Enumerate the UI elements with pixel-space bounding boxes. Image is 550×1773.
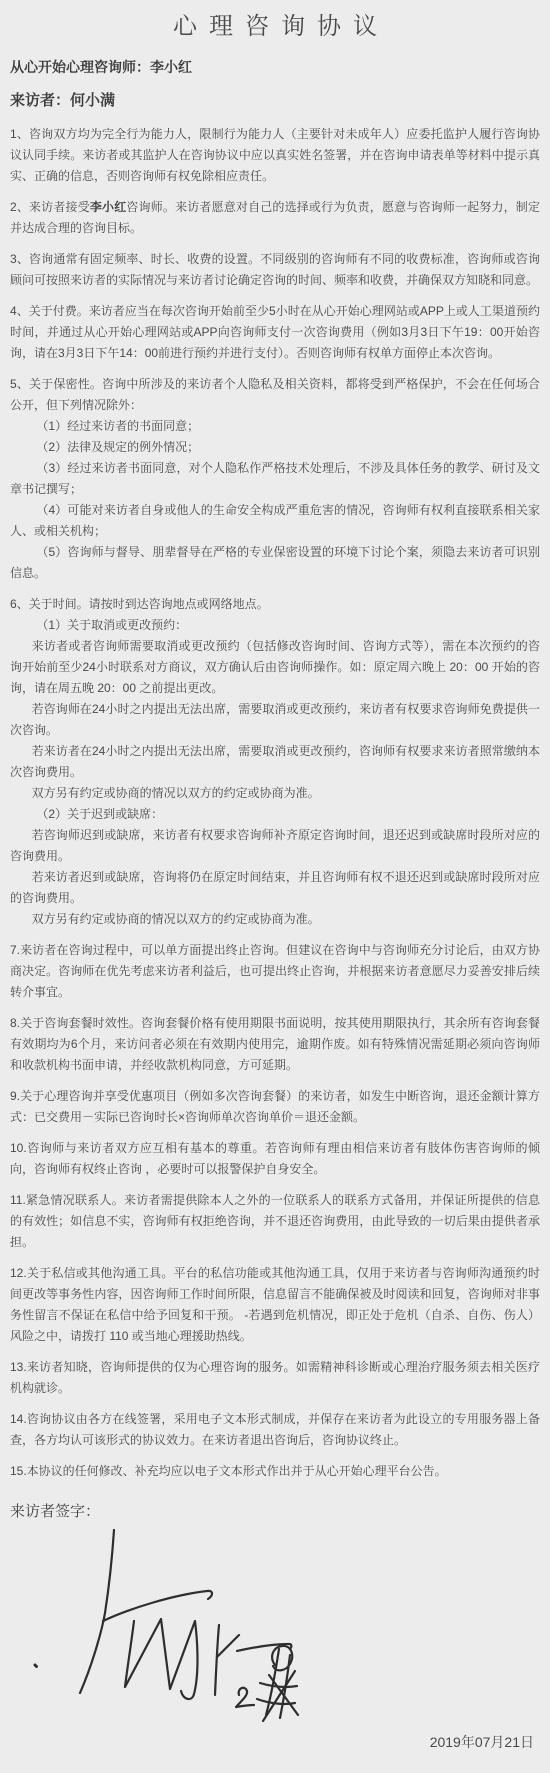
signature-stroke (80, 1530, 114, 1693)
clause-15: 15.本协议的任何修改、补充均应以电子文本形式作出并于从心开始心理平台公告。 (10, 1461, 540, 1482)
clause-12: 12.关于私信或其他沟通工具。平台的私信功能或其他沟通工具，仅用于来访者与咨询师… (10, 1263, 540, 1347)
clause-9: 9.关于心理咨询并享受优惠项目（例如多次咨询套餐）的来访者，如发生中断咨询，退还… (10, 1086, 540, 1128)
clause-6-sub-3: 若咨询师在24小时之内提出无法出席，需要取消或更改预约，来访者有权要求咨询师免费… (10, 699, 540, 741)
clause-5-sub-1: （1）经过来访者的书面同意； (10, 416, 540, 437)
clause-6-sub-8: 若来访者迟到或缺席，咨询将仍在原定时间结束，并且咨询师有权不退还迟到或缺席时段所… (10, 867, 540, 909)
clause-6-sub-9: 双方另有约定或协商的情况以双方的约定或协商为准。 (10, 909, 540, 930)
clause-7: 7.来访者在咨询过程中，可以单方面提出终止咨询。但建议在咨询中与咨询师充分讨论后… (10, 940, 540, 1003)
clause-6-sub-4: 若来访者在24小时之内提出无法出席，需要取消或更改预约，咨询师有权要求来访者照常… (10, 741, 540, 783)
counselor-name-line: 从心开始心理咨询师：李小红 (10, 57, 540, 77)
clause-4: 4、关于付费。来访者应当在每次咨询开始前至少5小时在从心开始心理网站或APP上或… (10, 301, 540, 364)
signature-stroke (215, 1625, 239, 1695)
clause-5-sub-5: （5）咨询师与督导、朋辈督导在严格的专业保密设置的环境下讨论个案，须隐去来访者可… (10, 542, 540, 584)
clause-5-sub-4: （4）可能对来访者自身或他人的生命安全构成严重危害的情况，咨询师有权利直接联系相… (10, 500, 540, 542)
clause-2-counselor-name: 李小红 (90, 200, 127, 214)
clause-6: 6、关于时间。请按时到达咨询地点或网络地点。 （1）关于取消或更改预约： 来访者… (10, 594, 540, 930)
clause-5-intro: 5、关于保密性。咨询中所涉及的来访者个人隐私及相关资料，都将受到严格保护，不会在… (10, 374, 540, 416)
clause-6-intro: 6、关于时间。请按时到达咨询地点或网络地点。 (10, 594, 540, 615)
signature-date: 2019年07月21日 (10, 1732, 540, 1752)
signature-stroke (35, 1665, 37, 1667)
clause-10: 10.咨询师与来访者双方应互相有基本的尊重。若咨询师有理由相信来访者有肢体伤害咨… (10, 1138, 540, 1180)
clause-14: 14.咨询协议由各方在线签署，采用电子文本形式制成，并保存在来访者为此设立的专用… (10, 1409, 540, 1451)
clause-6-sub-5: 双方另有约定或协商的情况以双方的约定或协商为准。 (10, 783, 540, 804)
signature-label: 来访者签字： (10, 1500, 540, 1521)
signature-stroke (125, 1619, 198, 1699)
clause-1: 1、咨询双方均为完全行为能力人，限制行为能力人（主要针对未成年人）应委托监护人履… (10, 124, 540, 187)
client-signature (18, 1525, 318, 1730)
clause-2-prefix: 2、来访者接受 (10, 200, 90, 214)
signature-stroke (263, 1671, 295, 1721)
page-title: 心理咨询协议 (10, 6, 540, 41)
clause-8: 8.关于咨询套餐时效性。咨询套餐价格有使用期限书面说明，按其使用期限执行，其余所… (10, 1013, 540, 1076)
clause-3: 3、咨询通常有固定频率、时长、收费的设置。不同级别的咨询师有不同的收费标准，咨询… (10, 249, 540, 291)
clause-6-sub-1: （1）关于取消或更改预约： (10, 615, 540, 636)
client-name-line: 来访者：何小满 (10, 89, 540, 110)
clause-5-sub-2: （2）法律及规定的例外情况； (10, 437, 540, 458)
signature-stroke (103, 1591, 212, 1621)
signature-stroke (269, 1675, 298, 1715)
clause-6-sub-2: 来访者或者咨询师需要取消或更改预约（包括修改咨询时间、咨询方式等），需在本次预约… (10, 636, 540, 699)
clause-13: 13.来访者知晓，咨询师提供的仅为心理咨询的服务。如需精神科诊断或心理治疗服务须… (10, 1357, 540, 1399)
clause-11: 11.紧急情况联系人。来访者需提供除本人之外的一位联系人的联系方式备用，并保证所… (10, 1190, 540, 1253)
signature-stroke (236, 1688, 254, 1707)
agreement-page: 心理咨询协议 从心开始心理咨询师：李小红 来访者：何小满 1、咨询双方均为完全行… (0, 6, 550, 1773)
clause-6-sub-6: （2）关于迟到或缺席： (10, 804, 540, 825)
clause-5-sub-3: （3）经过来访者书面同意，对个人隐私作严格技术处理后，不涉及具体任务的教学、研讨… (10, 458, 540, 500)
clause-5: 5、关于保密性。咨询中所涉及的来访者个人隐私及相关资料，都将受到严格保护，不会在… (10, 374, 540, 584)
clause-2: 2、来访者接受李小红咨询师。来访者愿意对自己的选择或行为负责，愿意与咨询师一起努… (10, 197, 540, 239)
clause-6-sub-7: 若咨询师迟到或缺席，来访者有权要求咨询师补齐原定咨询时间，退还迟到或缺席时段所对… (10, 825, 540, 867)
